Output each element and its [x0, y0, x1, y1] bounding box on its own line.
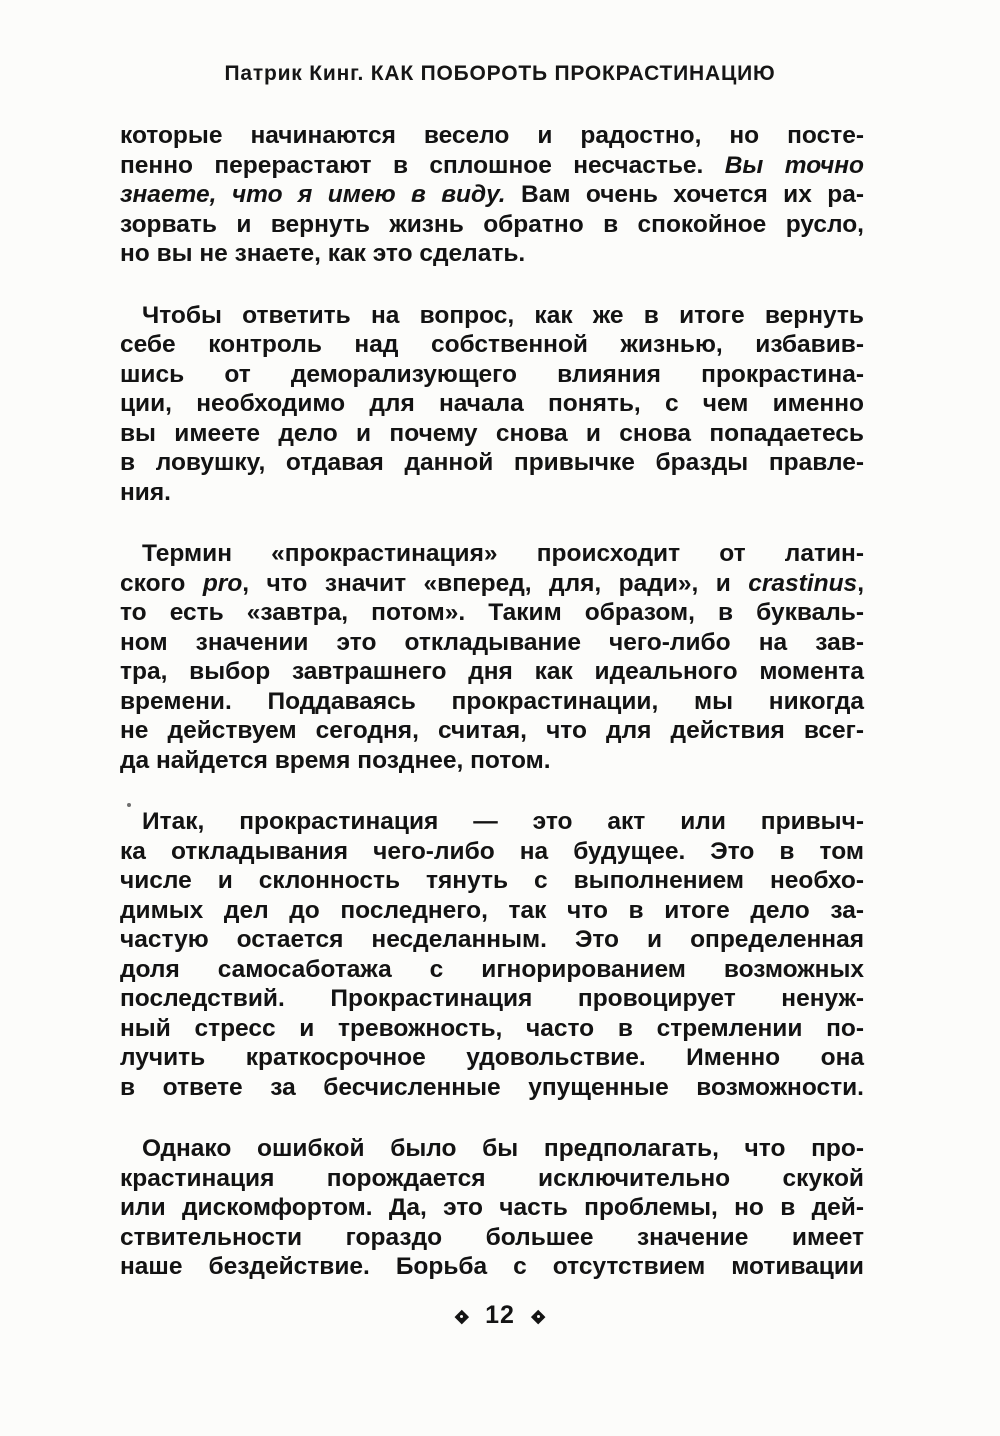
text-line: себе контроль над собственной жизнью, из…: [120, 330, 864, 360]
text-line: да найдется время позднее, потом.: [120, 746, 864, 776]
text-line: ка откладывания чего-либо на будущее. Эт…: [120, 837, 864, 867]
text-line: тра, выбор завтрашнего дня как идеальног…: [120, 657, 864, 687]
paragraph: Однако ошибкой было бы предполагать, что…: [120, 1134, 864, 1282]
text-line: ния.: [120, 478, 864, 508]
text-line: Итак, прокрастинация — это акт или привы…: [120, 807, 864, 837]
paragraph: Итак, прокрастинация — это акт или привы…: [120, 807, 864, 1102]
italic-text-run: знаете, что я имею в виду.: [120, 181, 506, 208]
text-line: последствий. Прокрастинация провоцирует …: [120, 984, 864, 1014]
text-line: доля самосаботажа с игнорированием возмо…: [120, 955, 864, 985]
text-line: ном значении это откладывание чего-либо …: [120, 628, 864, 658]
text-run: тра, выбор завтрашнего дня как идеальног…: [120, 658, 864, 685]
text-run: ния.: [120, 479, 171, 506]
italic-text-run: pro: [203, 570, 242, 597]
text-line: которые начинаются весело и радостно, но…: [120, 121, 864, 151]
text-line: то есть «завтра, потом». Таким образом, …: [120, 598, 864, 628]
text-run: ствительности гораздо большее значение и…: [120, 1224, 864, 1251]
running-header: Патрик Кинг. КАК ПОБОРОТЬ ПРОКРАСТИНАЦИЮ: [0, 62, 1000, 86]
text-line: ского pro, что значит «вперед, для, ради…: [120, 569, 864, 599]
text-run: шись от деморализующего влияния прокраст…: [120, 361, 864, 388]
text-run: себе контроль над собственной жизнью, из…: [120, 331, 864, 358]
text-run: Однако ошибкой было бы предполагать, что…: [142, 1135, 864, 1162]
text-line: или дискомфортом. Да, это часть проблемы…: [120, 1193, 864, 1223]
text-line: зорвать и вернуть жизнь обратно в спокой…: [120, 210, 864, 240]
text-run: ции, необходимо для начала понять, с чем…: [120, 390, 864, 417]
paragraph: которые начинаются весело и радостно, но…: [120, 121, 864, 269]
page-footer: ◆ 12 ◆: [0, 1301, 1000, 1330]
text-run: или дискомфортом. Да, это часть проблемы…: [120, 1194, 864, 1221]
text-line: не действуем сегодня, считая, что для де…: [120, 716, 864, 746]
text-run: Термин «прокрастинация» происходит от ла…: [142, 540, 864, 567]
text-run: Вам очень хочется их ра-: [506, 181, 864, 208]
text-line: вы имеете дело и почему снова и снова по…: [120, 419, 864, 449]
text-run: частую остается несделанным. Это и опред…: [120, 926, 864, 953]
diamond-ornament-icon: ◆: [454, 1307, 469, 1326]
text-line: знаете, что я имею в виду. Вам очень хоч…: [120, 180, 864, 210]
paragraph: Термин «прокрастинация» происходит от ла…: [120, 539, 864, 775]
italic-text-run: Вы точно: [725, 152, 864, 179]
text-line: пенно перерастают в сплошное несчастье. …: [120, 151, 864, 181]
text-run: в ответе за бесчисленные упущенные возмо…: [120, 1074, 864, 1101]
text-run: доля самосаботажа с игнорированием возмо…: [120, 956, 864, 983]
book-page: Патрик Кинг. КАК ПОБОРОТЬ ПРОКРАСТИНАЦИЮ…: [0, 0, 1000, 1436]
text-run: времени. Поддаваясь прокрастинации, мы н…: [120, 688, 864, 715]
text-run: ка откладывания чего-либо на будущее. Эт…: [120, 838, 864, 865]
text-run: но вы не знаете, как это сделать.: [120, 240, 525, 267]
paragraph: Чтобы ответить на вопрос, как же в итоге…: [120, 301, 864, 508]
text-line: числе и склонность тянуть с выполнением …: [120, 866, 864, 896]
text-run: которые начинаются весело и радостно, но…: [120, 122, 864, 149]
page-text: которые начинаются весело и радостно, но…: [120, 121, 864, 1282]
text-line: но вы не знаете, как это сделать.: [120, 239, 864, 269]
text-line: в ловушку, отдавая данной привычке бразд…: [120, 448, 864, 478]
text-line: Однако ошибкой было бы предполагать, что…: [120, 1134, 864, 1164]
text-run: пенно перерастают в сплошное несчастье.: [120, 152, 725, 179]
italic-text-run: crastinus: [748, 570, 857, 597]
text-line: крастинация порождается исключительно ск…: [120, 1164, 864, 1194]
text-run: Итак, прокрастинация — это акт или привы…: [142, 808, 864, 835]
text-line: ствительности гораздо большее значение и…: [120, 1223, 864, 1253]
diamond-ornament-icon: ◆: [531, 1307, 546, 1326]
text-run: зорвать и вернуть жизнь обратно в спокой…: [120, 211, 864, 238]
text-run: числе и склонность тянуть с выполнением …: [120, 867, 864, 894]
text-run: вы имеете дело и почему снова и снова по…: [120, 420, 864, 447]
text-run: последствий. Прокрастинация провоцирует …: [120, 985, 864, 1012]
text-run: лучить краткосрочное удовольствие. Именн…: [120, 1044, 864, 1071]
text-run: димых дел до последнего, так что в итоге…: [120, 897, 864, 924]
text-line: Чтобы ответить на вопрос, как же в итоге…: [120, 301, 864, 331]
text-line: ный стресс и тревожность, часто в стремл…: [120, 1014, 864, 1044]
text-run: наше бездействие. Борьба с отсутствием м…: [120, 1253, 864, 1280]
text-run: крастинация порождается исключительно ск…: [120, 1165, 864, 1192]
text-line: димых дел до последнего, так что в итоге…: [120, 896, 864, 926]
text-run: Чтобы ответить на вопрос, как же в итоге…: [142, 302, 864, 329]
text-run: то есть «завтра, потом». Таким образом, …: [120, 599, 864, 626]
text-run: да найдется время позднее, потом.: [120, 747, 551, 774]
text-run: ского: [120, 570, 203, 597]
text-line: лучить краткосрочное удовольствие. Именн…: [120, 1043, 864, 1073]
text-run: в ловушку, отдавая данной привычке бразд…: [120, 449, 864, 476]
text-line: Термин «прокрастинация» происходит от ла…: [120, 539, 864, 569]
text-run: ,: [857, 570, 864, 597]
text-run: , что значит «вперед, для, ради», и: [242, 570, 748, 597]
text-line: времени. Поддаваясь прокрастинации, мы н…: [120, 687, 864, 717]
text-line: ции, необходимо для начала понять, с чем…: [120, 389, 864, 419]
text-line: в ответе за бесчисленные упущенные возмо…: [120, 1073, 864, 1103]
text-run: ный стресс и тревожность, часто в стремл…: [120, 1015, 864, 1042]
text-line: шись от деморализующего влияния прокраст…: [120, 360, 864, 390]
page-number: 12: [485, 1301, 515, 1330]
text-line: наше бездействие. Борьба с отсутствием м…: [120, 1252, 864, 1282]
text-line: частую остается несделанным. Это и опред…: [120, 925, 864, 955]
text-run: не действуем сегодня, считая, что для де…: [120, 717, 864, 744]
text-run: ном значении это откладывание чего-либо …: [120, 629, 864, 656]
